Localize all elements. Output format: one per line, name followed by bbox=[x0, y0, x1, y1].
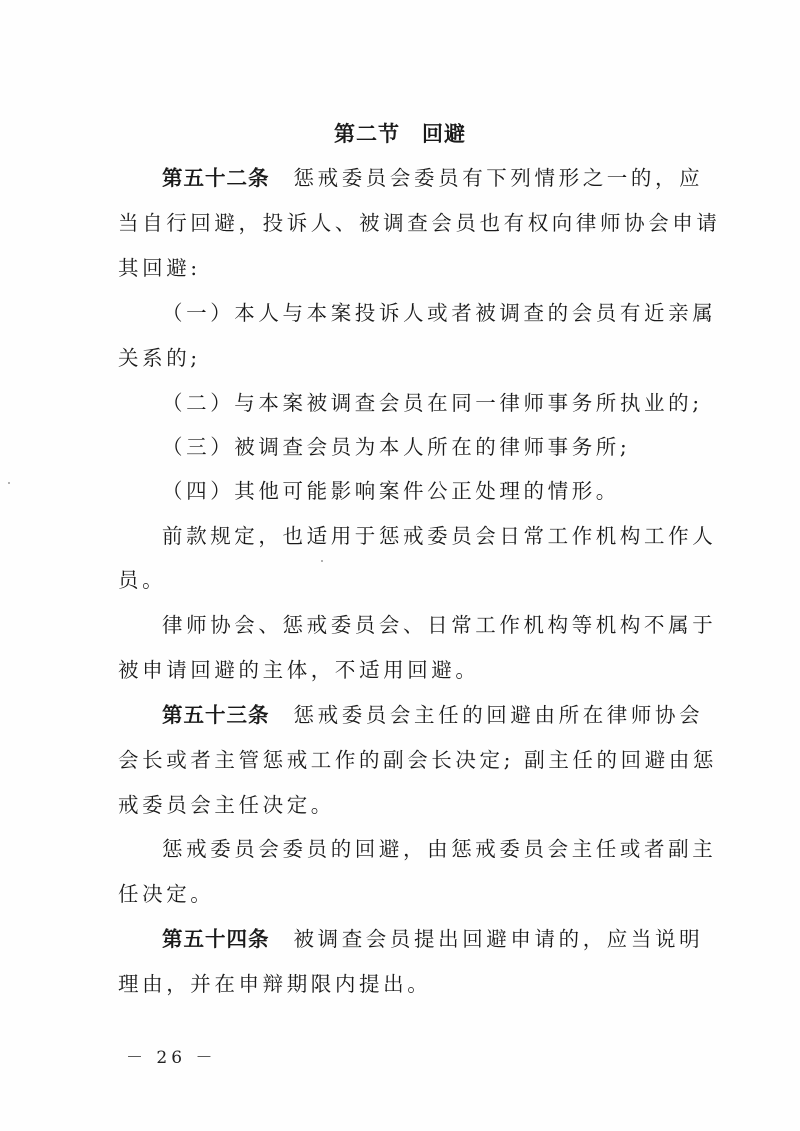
article-52-line-1: 第五十二条惩戒委员会委员有下列情形之一的，应 bbox=[162, 163, 732, 193]
section-number: 第二节 bbox=[334, 122, 400, 146]
article-53-line-1: 第五十三条惩戒委员会主任的回避由所在律师协会 bbox=[162, 700, 732, 730]
article-53-para-2-line-2: 任决定。 bbox=[118, 879, 688, 909]
article-52-label: 第五十二条 bbox=[162, 166, 270, 190]
article-53-line-3: 戒委员会主任决定。 bbox=[118, 790, 688, 820]
article-52-item-4: （四）其他可能影响案件公正处理的情形。 bbox=[162, 476, 732, 506]
article-52-para-3-line-1: 律师协会、惩戒委员会、日常工作机构等机构不属于 bbox=[162, 610, 732, 640]
article-52-item-1-line-2: 关系的; bbox=[118, 343, 688, 373]
article-52-para-3-line-2: 被申请回避的主体，不适用回避。 bbox=[118, 655, 688, 685]
article-52-para-2-line-2: 员。 bbox=[118, 565, 688, 595]
article-52-line-3: 其回避: bbox=[118, 253, 688, 283]
page-number: － 26 － bbox=[126, 1043, 216, 1068]
article-52-item-2: （二）与本案被调查会员在同一律师事务所执业的; bbox=[162, 388, 732, 418]
section-title: 第二节回避 bbox=[0, 118, 800, 148]
article-52-item-3: （三）被调查会员为本人所在的律师事务所; bbox=[162, 432, 732, 462]
article-53-label: 第五十三条 bbox=[162, 703, 270, 727]
scan-speck bbox=[8, 482, 10, 484]
article-53-text-1: 惩戒委员会主任的回避由所在律师协会 bbox=[294, 703, 704, 727]
section-name: 回避 bbox=[422, 122, 466, 146]
document-page: 第二节回避 第五十二条惩戒委员会委员有下列情形之一的，应 当自行回避，投诉人、被… bbox=[0, 0, 800, 1131]
article-54-line-1: 第五十四条被调查会员提出回避申请的，应当说明 bbox=[162, 924, 732, 954]
article-54-text-1: 被调查会员提出回避申请的，应当说明 bbox=[294, 927, 704, 951]
article-52-line-2: 当自行回避，投诉人、被调查会员也有权向律师协会申请 bbox=[118, 208, 688, 238]
article-52-item-1-line-1: （一）本人与本案投诉人或者被调查的会员有近亲属 bbox=[162, 298, 732, 328]
article-54-label: 第五十四条 bbox=[162, 927, 270, 951]
scan-speck bbox=[321, 560, 323, 562]
article-54-line-2: 理由，并在申辩期限内提出。 bbox=[118, 969, 688, 999]
article-53-line-2: 会长或者主管惩戒工作的副会长决定; 副主任的回避由惩 bbox=[118, 745, 688, 775]
article-52-text-1: 惩戒委员会委员有下列情形之一的，应 bbox=[294, 166, 704, 190]
article-53-para-2-line-1: 惩戒委员会委员的回避，由惩戒委员会主任或者副主 bbox=[162, 834, 732, 864]
article-52-para-2-line-1: 前款规定，也适用于惩戒委员会日常工作机构工作人 bbox=[162, 521, 732, 551]
